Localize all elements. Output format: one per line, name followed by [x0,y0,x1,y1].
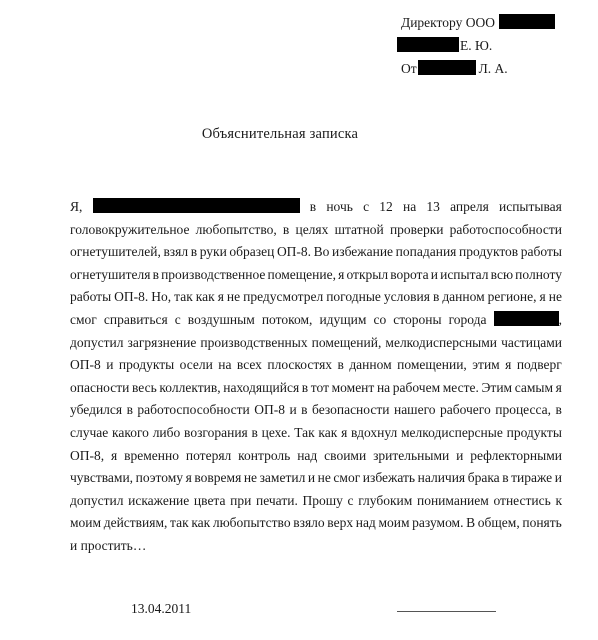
word: загрязнение [128,335,197,350]
body-line: моимдействиям,таккаклюбопытствовзяловерх… [70,512,562,535]
word: в [252,425,258,440]
word: взяло [293,515,324,530]
word: вовремя [194,470,241,485]
word: целях [295,222,328,237]
word: и [431,267,438,282]
word: со [374,312,387,327]
word: работоспособности [137,402,249,417]
word: безопасности [312,402,390,417]
addressee-line-director-name: Е. Ю. [397,37,492,53]
to-label: Директору ООО [401,15,495,30]
word: любопытство [213,515,291,530]
word: действиям, [104,515,168,530]
word: в [433,289,439,304]
word: над [297,448,317,463]
word: убедился [70,402,122,417]
body-line: допустилзагрязнениепроизводственныхпомещ… [70,332,562,355]
word: допустил [70,493,123,508]
word: с [363,199,369,214]
body-line: Я,вночьс12на13апреляиспытывая [70,196,562,219]
word: продукты [507,425,562,440]
word: стороны [393,312,441,327]
word: и [456,448,463,463]
word: регионе, [488,289,537,304]
redacted-director-surname [397,37,459,52]
word: огнетушителей, [70,244,161,259]
word: на [218,357,231,372]
word: либо [153,425,181,440]
from-label: От [401,61,417,76]
word: Но, [151,289,171,304]
word: цвета [194,493,226,508]
word: я [218,289,224,304]
word: ночь [326,199,353,214]
word: как [191,515,210,530]
word: мелкодисперсные [401,425,503,440]
word: В [466,515,475,530]
word: работы [521,244,562,259]
word: ОП-8 [70,357,101,372]
word: так [174,289,193,304]
word: потоком, [262,312,313,327]
word: простить… [81,538,147,553]
body-line: чувствами,поэтомуявовремянезаметилинесмо… [70,467,562,490]
word: предусмотрел [243,289,323,304]
word: в [302,380,308,395]
body-line: убедилсявработоспособностиОП-8ивбезопасн… [70,399,562,422]
word: как [318,425,337,440]
word: коллектив, [159,380,220,395]
word: нашего [394,402,436,417]
word: ворота [390,267,428,282]
word: наличия [418,470,466,485]
word: идущим [319,312,366,327]
word: помещений, [312,335,382,350]
word: частицами [501,335,562,350]
word: временно [124,448,179,463]
word: в [310,199,316,214]
word: находящийся [223,380,299,395]
word: Прошу [302,493,342,508]
word: контроль [238,448,290,463]
word: ОП-8. [114,289,148,304]
word: и [106,357,113,372]
document-title: Объяснительная записка [0,126,560,143]
document-body: Я,вночьс12на13апреляиспытываяголовокружи… [70,196,562,558]
word: тот [311,380,329,395]
word: Я, [70,199,82,214]
word: тираже [511,470,552,485]
word: Так [294,425,314,440]
word: я [111,448,117,463]
word: случае [70,425,108,440]
word: к [555,493,562,508]
body-line: работыОП-8.Но,таккакянепредусмотрелпогод… [70,286,562,309]
word: в [127,402,133,417]
body-line: опасностивеськоллектив,находящийсявтотмо… [70,377,562,400]
word: этим [472,357,499,372]
word: так [170,515,189,530]
word: возгорания [184,425,248,440]
word: работы [70,289,111,304]
word: всю [491,267,513,282]
word: мелкодисперсными [385,335,497,350]
word: в [283,222,289,237]
body-line: смогсправитьсясвоздушнымпотоком,идущимсо… [70,309,562,332]
word: данном [349,357,391,372]
body-line: огнетушителей,взялврукиобразецОП-8.Воизб… [70,241,562,264]
word: условия [384,289,430,304]
word: штатной [335,222,384,237]
word: разумом. [412,515,463,530]
word: осели [180,357,213,372]
word: Этим [482,380,513,395]
word: головокружительное [70,222,189,237]
word: продуктов [459,244,518,259]
word: города [449,312,487,327]
word: и [70,538,77,553]
word: я [556,380,562,395]
director-initials: Е. Ю. [460,38,492,53]
body-line: ОП-8ипродуктыоселинавсехплоскостяхвданно… [70,354,562,377]
word: любопытство, [196,222,277,237]
word: и [555,470,562,485]
body-line: ОП-8,явременнопотерялконтрольнадсвоимизр… [70,445,562,468]
redacted-person-name [93,198,300,213]
word: работоспособности [450,222,562,237]
word: глубоким [358,493,412,508]
word: над [356,515,376,530]
word: открыл [346,267,388,282]
word: с [348,493,354,508]
word: смог [333,470,360,485]
word: моим [378,515,409,530]
word: проверки [390,222,444,237]
word: и [289,402,296,417]
word: не [318,470,331,485]
word: с [175,312,181,327]
word: самым [515,380,553,395]
document-date: 13.04.2011 [131,601,191,617]
word: в [555,402,561,417]
word: процесса, [495,402,551,417]
word: вдохнул [351,425,397,440]
word: , [559,312,562,327]
word: понять [522,515,561,530]
word: на [403,199,416,214]
word: чувствами, [70,470,133,485]
word: моим [70,515,101,530]
word: ОП-8, [70,448,104,463]
word: на [377,380,390,395]
word: смог [70,312,97,327]
author-initials: Л. А. [479,61,508,76]
word: Во [314,244,330,259]
redacted-author-surname [418,60,476,75]
word: плоскостях [267,357,332,372]
word: какого [112,425,149,440]
word: момент [332,380,375,395]
word: своими [324,448,366,463]
word: огнетушителя [70,267,150,282]
word: не [549,289,562,304]
word: не [227,289,240,304]
word: как [196,289,215,304]
word: избежать [363,470,415,485]
word: помещение, [268,267,336,282]
signature-line [397,611,496,612]
word: искажение [128,493,189,508]
sender-line: ОтЛ. А. [401,60,508,76]
word: я [338,267,344,282]
word: верх [327,515,353,530]
word: апреля [450,199,489,214]
word: пониманием [417,493,489,508]
word: печати. [256,493,298,508]
redacted-company-name [499,14,555,29]
body-line: допустилискажениецветаприпечати.Прошусгл… [70,490,562,513]
word: рабочего [440,402,491,417]
word: потерял [186,448,231,463]
word: производственных [200,335,307,350]
redacted-city-name [494,311,559,326]
word: помещении, [397,357,467,372]
word: испытал [440,267,488,282]
word: ОП-8. [277,244,311,259]
word: месте. [443,380,479,395]
word: брака [468,470,500,485]
word: погодные [326,289,381,304]
word: опасности [70,380,129,395]
word: руки [200,244,227,259]
word: избежание [332,244,393,259]
word: подверг [517,357,562,372]
word: поэтому [136,470,183,485]
word: испытывая [499,199,562,214]
word: и [308,470,315,485]
word: попадания [396,244,457,259]
word: я [505,357,511,372]
word: в [153,267,159,282]
word: допустил [70,335,123,350]
body-line: огнетушителявпроизводственноепомещение,я… [70,264,562,287]
word: 12 [379,199,393,214]
word: полноту [515,267,562,282]
word: всех [237,357,262,372]
word: справиться [104,312,168,327]
word: производственное [161,267,265,282]
word: цехе. [262,425,291,440]
word: воздушным [188,312,255,327]
word: взял [163,244,188,259]
word: заметил [260,470,306,485]
word: данном [442,289,484,304]
word: продукты [119,357,174,372]
word: отнестись [493,493,550,508]
word: весь [132,380,157,395]
word: в [191,244,197,259]
word: 13 [426,199,440,214]
word: рабочем [393,380,440,395]
addressee-line-director: Директору ООО [401,14,555,30]
word: в [502,470,508,485]
word: образец [229,244,274,259]
body-line: случаекакоголибовозгораниявцехе.Таккакяв… [70,422,562,445]
word: я [540,289,546,304]
word: рефлекторными [470,448,562,463]
word: зрительными [373,448,449,463]
body-line: головокружительноелюбопытство,вцеляхштат… [70,219,562,242]
body-line: и простить… [70,535,562,558]
word: при [230,493,251,508]
word: я [186,470,192,485]
word: в [338,357,344,372]
word: не [244,470,257,485]
word: в [301,402,307,417]
word: общем, [478,515,520,530]
word: я [341,425,347,440]
word: ОП-8 [254,402,285,417]
